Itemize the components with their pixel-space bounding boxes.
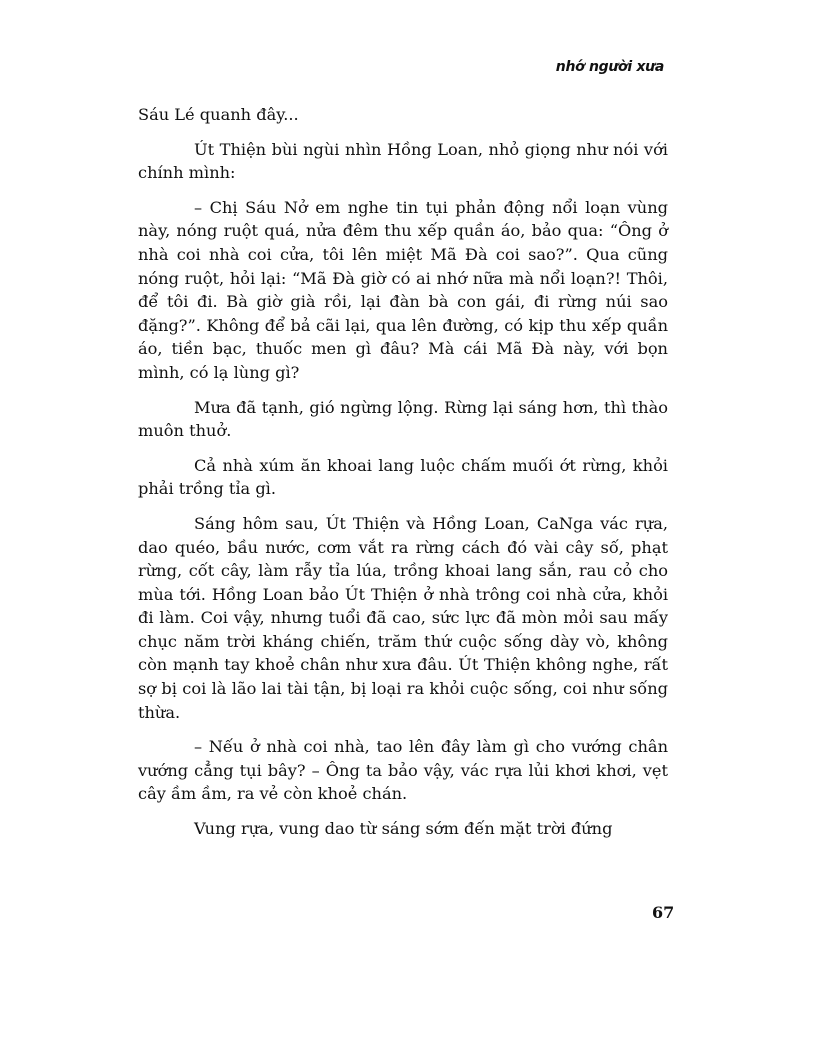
page-number: 67 [652,903,674,922]
paragraph-dialogue: – Nếu ở nhà coi nhà, tao lên đây làm gì … [138,735,668,806]
book-page: nhớ người xưa Sáu Lé quanh đây... Út Thi… [0,0,816,1056]
body-text: Sáu Lé quanh đây... Út Thiện bùi ngùi nh… [138,103,668,852]
paragraph: Út Thiện bùi ngùi nhìn Hồng Loan, nhỏ gi… [138,138,668,185]
paragraph: Sáu Lé quanh đây... [138,103,668,127]
paragraph: Sáng hôm sau, Út Thiện và Hồng Loan, CaN… [138,512,668,724]
paragraph: Cả nhà xúm ăn khoai lang luộc chấm muối … [138,454,668,501]
paragraph-dialogue: – Chị Sáu Nở em nghe tin tụi phản động n… [138,196,668,385]
paragraph: Mưa đã tạnh, gió ngừng lộng. Rừng lại sá… [138,396,668,443]
running-header: nhớ người xưa [556,59,664,75]
paragraph: Vung rựa, vung dao từ sáng sớm đến mặt t… [138,817,668,841]
